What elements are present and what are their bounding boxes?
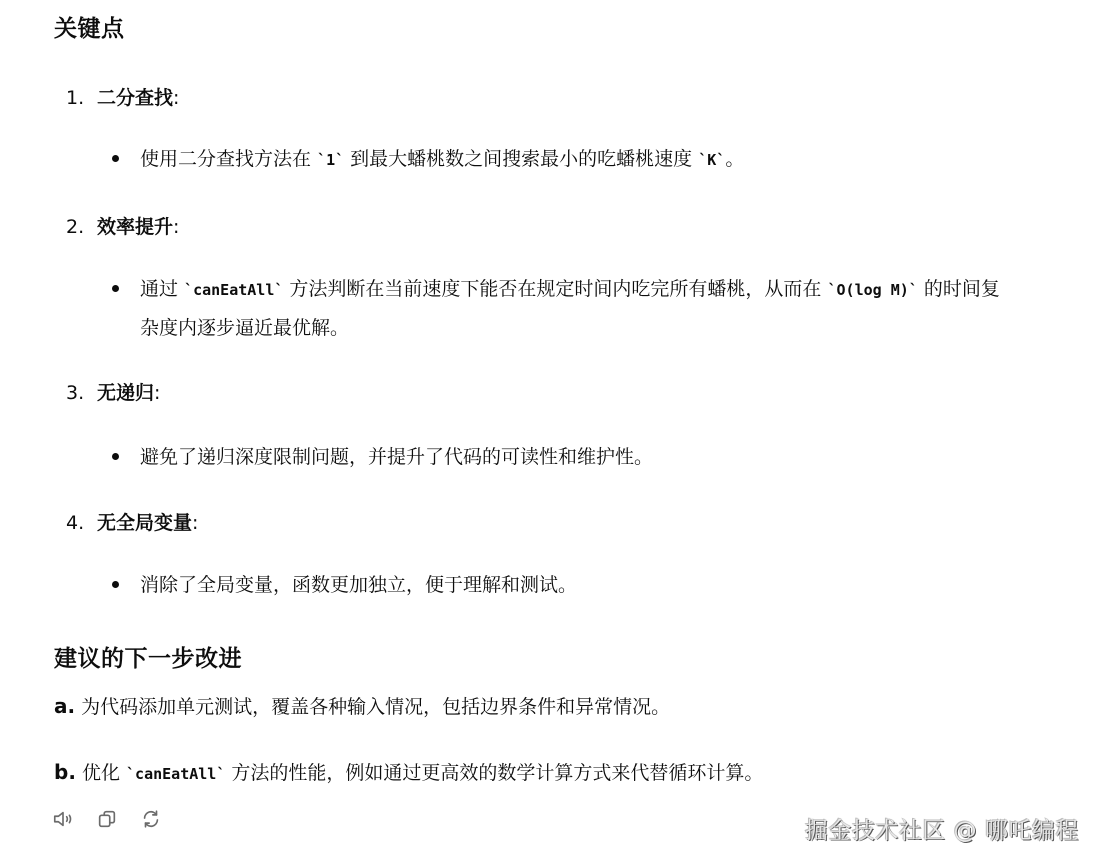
heading-next-steps: 建议的下一步改进 xyxy=(54,640,242,673)
list-item-binary-search: 1.二分查找: xyxy=(66,83,179,110)
list-item-no-globals: 4.无全局变量: xyxy=(66,508,198,535)
bullet-text: 消除了全局变量，函数更加独立，便于理解和测试。 xyxy=(140,566,1000,604)
suggestion-marker: b. xyxy=(54,760,76,784)
bullet-text: 使用二分查找方法在 `1` 到最大蟠桃数之间搜索最小的吃蟠桃速度 `K`。 xyxy=(140,140,1000,179)
text-segment: 方法的性能，例如通过更高效的数学计算方式来代替循环计算。 xyxy=(225,762,763,784)
list-item-label: 无递归 xyxy=(97,382,154,404)
suggestion-b: b. 优化 `canEatAll` 方法的性能，例如通过更高效的数学计算方式来代… xyxy=(54,758,763,785)
list-item-no-recursion: 3.无递归: xyxy=(66,378,160,405)
text-segment: 。 xyxy=(725,148,744,170)
text-segment: 到最大蟠桃数之间搜索最小的吃蟠桃速度 xyxy=(344,148,698,170)
colon: : xyxy=(154,382,160,404)
list-item-label: 二分查找 xyxy=(97,87,173,109)
list-number: 2. xyxy=(66,216,97,238)
text-segment: 方法判断在当前速度下能否在规定时间内吃完所有蟠桃，从而在 xyxy=(283,278,827,300)
regenerate-button[interactable] xyxy=(140,808,162,830)
inline-code: `canEatAll` xyxy=(126,765,225,783)
text-segment: 优化 xyxy=(76,762,126,784)
list-number: 3. xyxy=(66,382,97,404)
bullet-item: 消除了全局变量，函数更加独立，便于理解和测试。 xyxy=(112,566,1000,604)
list-item-label: 无全局变量 xyxy=(97,512,192,534)
bullet-text: 避免了递归深度限制问题，并提升了代码的可读性和维护性。 xyxy=(140,438,1000,476)
bullet-dot xyxy=(112,581,119,588)
list-number: 1. xyxy=(66,87,97,109)
inline-code: `K` xyxy=(698,151,725,169)
text-segment: 通过 xyxy=(140,278,184,300)
bullet-item: 通过 `canEatAll` 方法判断在当前速度下能否在规定时间内吃完所有蟠桃，… xyxy=(112,270,1000,347)
copy-button[interactable] xyxy=(96,808,118,830)
watermark: 掘金技术社区 @ 哪吒编程 xyxy=(805,812,1079,845)
list-item-label: 效率提升 xyxy=(97,216,173,238)
speaker-icon xyxy=(52,808,74,830)
refresh-icon xyxy=(140,808,162,830)
read-aloud-button[interactable] xyxy=(52,808,74,830)
colon: : xyxy=(192,512,198,534)
bullet-text: 通过 `canEatAll` 方法判断在当前速度下能否在规定时间内吃完所有蟠桃，… xyxy=(140,270,1000,347)
bullet-item: 使用二分查找方法在 `1` 到最大蟠桃数之间搜索最小的吃蟠桃速度 `K`。 xyxy=(112,140,1000,179)
copy-icon xyxy=(96,808,118,830)
bullet-item: 避免了递归深度限制问题，并提升了代码的可读性和维护性。 xyxy=(112,438,1000,476)
text-segment: 使用二分查找方法在 xyxy=(140,148,317,170)
suggestion-text: 为代码添加单元测试，覆盖各种输入情况，包括边界条件和异常情况。 xyxy=(75,696,670,718)
list-number: 4. xyxy=(66,512,97,534)
inline-code: `canEatAll` xyxy=(184,281,283,299)
heading-key-points: 关键点 xyxy=(54,10,125,43)
colon: : xyxy=(173,87,179,109)
colon: : xyxy=(173,216,179,238)
bullet-dot xyxy=(112,285,119,292)
suggestion-a: a. 为代码添加单元测试，覆盖各种输入情况，包括边界条件和异常情况。 xyxy=(54,692,670,719)
bullet-dot xyxy=(112,453,119,460)
message-actions xyxy=(52,808,162,830)
inline-code: `1` xyxy=(317,151,344,169)
suggestion-marker: a. xyxy=(54,694,75,718)
inline-code: `O(log M)` xyxy=(827,281,917,299)
bullet-dot xyxy=(112,155,119,162)
list-item-efficiency: 2.效率提升: xyxy=(66,212,179,239)
